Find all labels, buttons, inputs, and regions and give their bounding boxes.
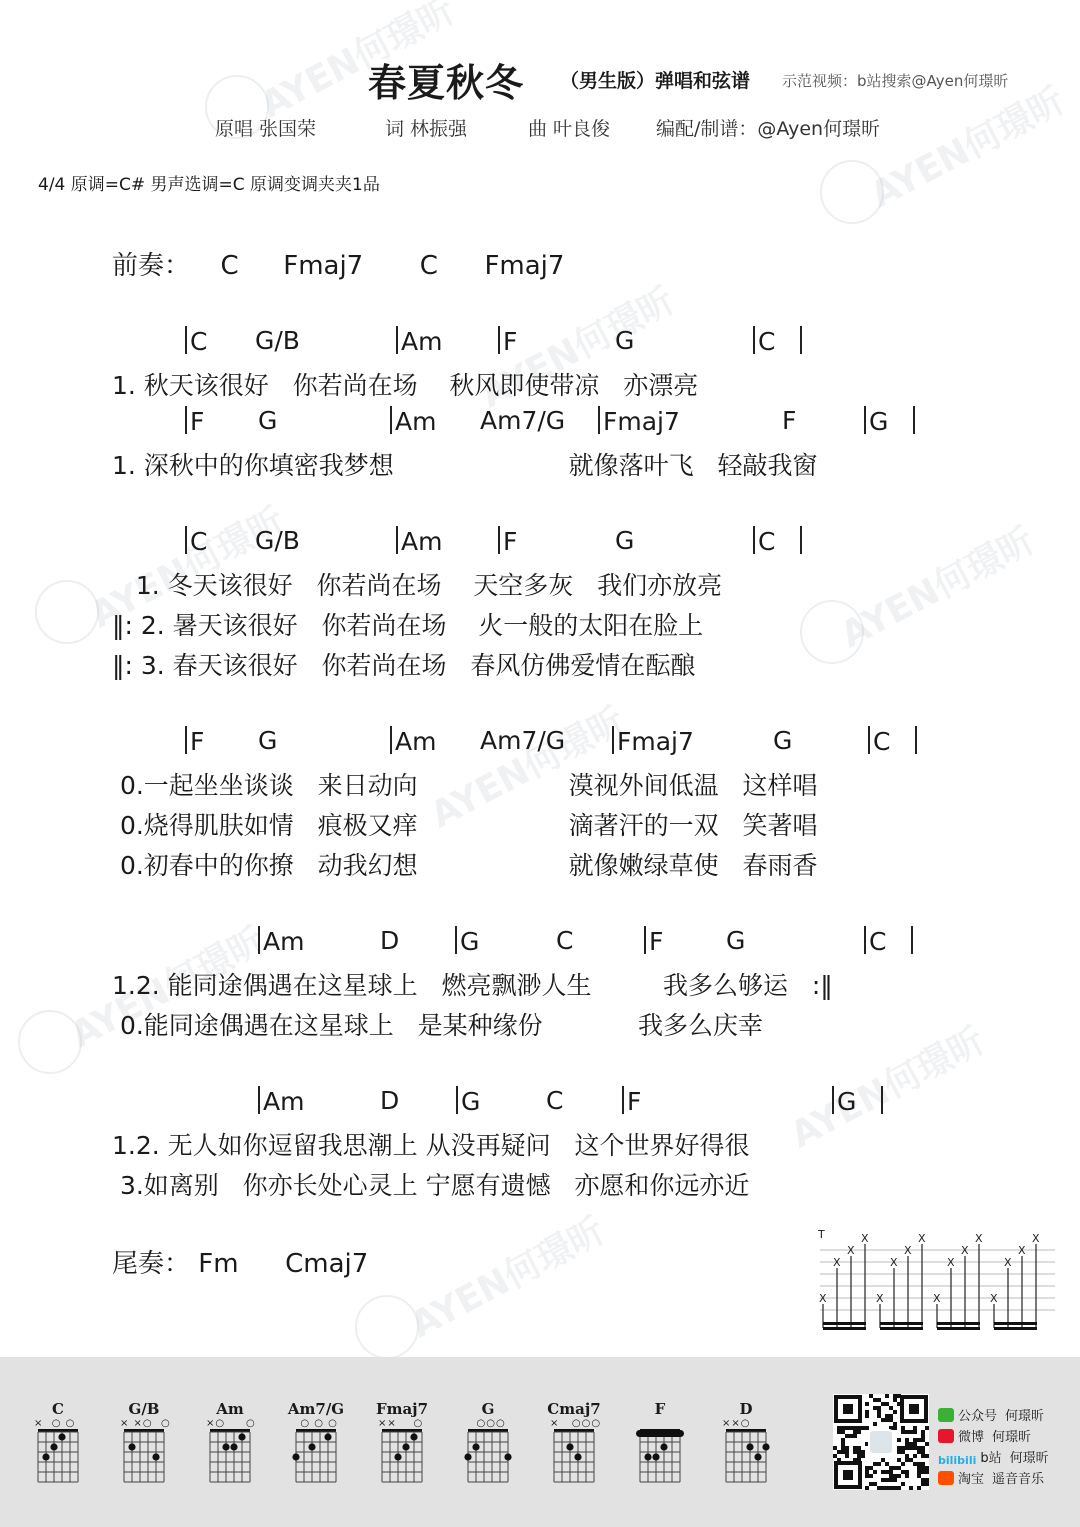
tab-note: X (918, 1232, 926, 1245)
watermark: AYEN何璟昕 (831, 513, 1043, 658)
chord-name: C (869, 927, 886, 956)
lyric-line: ‖: 2. 暑天该很好 你若尚在场 火一般的太阳在脸上 (112, 606, 703, 642)
chord-symbol: D (380, 926, 399, 955)
bar-line-end (913, 406, 915, 434)
bar-line (258, 1086, 260, 1114)
chord-name: G (460, 927, 479, 956)
chord-name: Am (401, 527, 442, 556)
chord-name: Am (263, 1087, 304, 1116)
chord-symbol: Fmaj7 (612, 726, 694, 756)
chord-symbol: G (773, 726, 792, 755)
chord-name: G (258, 726, 277, 755)
chord-name: Fmaj7 (617, 727, 694, 756)
fretboard-grid (544, 1400, 604, 1490)
fretboard-grid (286, 1400, 346, 1490)
chord-name: F (503, 527, 517, 556)
chord-name: D (380, 926, 399, 955)
outro-chord: Cmaj7 (285, 1249, 368, 1279)
bar-line (753, 326, 755, 354)
fretboard-grid (716, 1400, 776, 1490)
chord-name: F (627, 1087, 641, 1116)
intro: 前奏： C Fmaj7 C Fmaj7 (112, 245, 564, 282)
chord-symbol: C (753, 526, 802, 556)
chord-name: Fmaj7 (603, 407, 680, 436)
chord-name: C (190, 527, 207, 556)
tab-note: X (819, 1292, 827, 1305)
intro-label: 前奏： (112, 251, 190, 281)
chord-symbol: F (622, 1086, 641, 1116)
intro-chord: Fmaj7 (283, 251, 363, 281)
lyric-line: 0.能同途偶遇在这星球上 是某种缘份 我多么庆幸 (112, 1006, 763, 1042)
bar-line (258, 926, 260, 954)
lyric-line: 1. 深秋中的你填密我梦想 就像落叶飞 轻敲我窗 (112, 446, 817, 482)
social-platform: 公众号 (958, 1409, 997, 1424)
chord-name: C (556, 926, 573, 955)
bar-line-end (915, 726, 917, 754)
chord-symbol: G (455, 926, 479, 956)
chord-name: Am7/G (480, 726, 565, 755)
tab-staff: XXXXXXXXXXXXXXXX (810, 1228, 1060, 1338)
chord-symbol: F (185, 406, 204, 436)
bar-line (864, 926, 866, 954)
tab-note: X (847, 1244, 855, 1257)
bar-line (185, 406, 187, 434)
arranger: 编配/制谱：@Ayen何璟昕 (656, 114, 880, 141)
outro-chord: Fm (198, 1249, 238, 1279)
bilibili-icon: bilibili (938, 1454, 976, 1468)
bar-line (753, 526, 755, 554)
tab-note: X (1004, 1256, 1012, 1269)
fretboard-grid (28, 1400, 88, 1490)
song-subtitle: （男生版）弹唱和弦谱 (560, 66, 750, 93)
bar-line (868, 726, 870, 754)
tab-note: X (990, 1292, 998, 1305)
chord-name: C (758, 327, 775, 356)
chord-symbol: G (456, 1086, 480, 1116)
watermark: AYEN何璟昕 (401, 1203, 613, 1348)
chord-name: F (503, 327, 517, 356)
tab-note: X (933, 1292, 941, 1305)
chord-name: G/B (255, 326, 300, 355)
chord-symbol: D (380, 1086, 399, 1115)
social-platform: 淘宝 (958, 1472, 984, 1487)
chord-name: Am (263, 927, 304, 956)
lyricist: 词 林振强 (385, 114, 467, 141)
chord-symbol: C (753, 326, 802, 356)
intro-chord: C (420, 251, 438, 281)
chord-symbol: C (864, 926, 913, 956)
chord-symbol: Am (396, 526, 442, 556)
chord-name: Am (401, 327, 442, 356)
chord-name: C (190, 327, 207, 356)
chord-symbol: C (868, 726, 917, 756)
bar-line-end (881, 1086, 883, 1114)
bar-line (644, 926, 646, 954)
lyric-line: 1. 冬天该很好 你若尚在场 天空多灰 我们亦放亮 (112, 566, 722, 602)
lyric-line: 0.初春中的你撩 动我幻想 就像嫩绿草使 春雨香 (112, 846, 817, 882)
fretboard-grid (200, 1400, 260, 1490)
chord-name: G (837, 1087, 856, 1116)
chord-symbol: Am (396, 326, 442, 356)
chord-symbol: Am (258, 926, 304, 956)
chord-name: G (726, 926, 745, 955)
bar-line-end (800, 526, 802, 554)
chord-symbol: G (615, 526, 634, 555)
bar-line (185, 526, 187, 554)
social-wechat[interactable]: 公众号何璟昕 (938, 1405, 1044, 1424)
bar-line (832, 1086, 834, 1114)
chord-symbol: F (498, 526, 517, 556)
chord-name: F (649, 927, 663, 956)
social-account: 何璟昕 (1005, 1409, 1044, 1424)
watermark: AYEN何璟昕 (861, 73, 1073, 218)
lyric-line: 0.一起坐坐谈谈 来日动向 漠视外间低温 这样唱 (112, 766, 817, 802)
watermark: AYEN何璟昕 (781, 1013, 993, 1158)
chord-name: F (782, 406, 796, 435)
lyric-line: 1. 秋天该很好 你若尚在场 秋风即使带凉 亦漂亮 (112, 366, 698, 402)
chord-name: G (258, 406, 277, 435)
bar-line (598, 406, 600, 434)
chord-symbol: C (185, 526, 207, 556)
chord-symbol: C (556, 926, 573, 955)
chord-name: F (190, 727, 204, 756)
chord-symbol: Fmaj7 (598, 406, 680, 436)
bar-line (185, 326, 187, 354)
chord-symbol: G/B (255, 326, 300, 355)
tab-note: X (961, 1244, 969, 1257)
bar-line (396, 526, 398, 554)
tab-note: X (1018, 1244, 1026, 1257)
chord-symbol: F (498, 326, 517, 356)
chord-symbol: F (644, 926, 663, 956)
fretboard-grid (372, 1400, 432, 1490)
chord-symbol: G/B (255, 526, 300, 555)
bar-line (864, 406, 866, 434)
chord-name: D (380, 1086, 399, 1115)
bar-line (456, 1086, 458, 1114)
chord-name: G (869, 407, 888, 436)
bar-line (498, 526, 500, 554)
social-account: 何璟昕 (992, 1430, 1031, 1445)
bar-line (390, 406, 392, 434)
tab-note: X (904, 1244, 912, 1257)
bar-line (622, 1086, 624, 1114)
chord-symbol: G (258, 726, 277, 755)
chord-name: Am (395, 407, 436, 436)
lyric-line: ‖: 3. 春天该很好 你若尚在场 春风仿佛爱情在酝酿 (112, 646, 695, 682)
chord-symbol: Am7/G (480, 406, 565, 435)
qr-code-icon (833, 1394, 929, 1490)
chord-name: C (758, 527, 775, 556)
social-platform: 微博 (958, 1430, 984, 1445)
strum-tab: T XXXXXXXXXXXXXXXX (810, 1228, 1060, 1338)
chord-name: C (873, 727, 890, 756)
bar-line (390, 726, 392, 754)
chord-symbol: G (832, 1086, 883, 1116)
chord-name: C (546, 1086, 563, 1115)
intro-chord: C (221, 251, 239, 281)
chord-symbol: F (185, 726, 204, 756)
chord-symbol: Am (258, 1086, 304, 1116)
tab-note: X (1032, 1232, 1040, 1245)
chord-name: Am (395, 727, 436, 756)
chord-name: F (190, 407, 204, 436)
chord-name: G (615, 526, 634, 555)
wechat-icon (938, 1408, 954, 1422)
social-account: 何璟昕 (1010, 1451, 1049, 1466)
chord-name: G (773, 726, 792, 755)
social-weibo[interactable]: 微博何璟昕 (938, 1426, 1031, 1445)
chord-name: Am7/G (480, 406, 565, 435)
lyric-line: 1.2. 无人如你逗留我思潮上 从没再疑问 这个世界好得很 (112, 1126, 749, 1162)
bar-line (396, 326, 398, 354)
social-account: 遥音音乐 (992, 1472, 1044, 1487)
outro: 尾奏： Fm Cmaj7 (112, 1243, 368, 1280)
bar-line-end (911, 926, 913, 954)
fretboard-grid (114, 1400, 174, 1490)
tab-note: X (947, 1256, 955, 1269)
social-platform: b站 (980, 1451, 1001, 1466)
tab-note: X (876, 1292, 884, 1305)
bar-line (455, 926, 457, 954)
composer: 曲 叶良俊 (528, 114, 610, 141)
social-bilibili[interactable]: bilibilib站何璟昕 (938, 1447, 1049, 1468)
tab-note: X (890, 1256, 898, 1269)
lyric-line: 0.烧得肌肤如情 痕极又痒 滴著汗的一双 笑著唱 (112, 806, 817, 842)
chord-symbol: Am (390, 726, 436, 756)
lyric-line: 1.2. 能同途偶遇在这星球上 燃亮飘渺人生 我多么够运 :‖ (112, 966, 833, 1002)
tab-note: X (833, 1256, 841, 1269)
chord-name: G (461, 1087, 480, 1116)
social-taobao[interactable]: 淘宝遥音音乐 (938, 1468, 1044, 1487)
chord-symbol: F (782, 406, 796, 435)
chord-symbol: Am7/G (480, 726, 565, 755)
original-singer: 原唱 张国荣 (215, 114, 316, 141)
bar-line-end (800, 326, 802, 354)
lyric-line: 3.如离别 你亦长处心灵上 宁愿有遗憾 亦愿和你远亦近 (112, 1166, 749, 1202)
demo-video-note: 示范视频：b站搜索@Ayen何璟昕 (782, 70, 1008, 91)
chord-symbol: G (726, 926, 745, 955)
fretboard-grid (630, 1400, 690, 1490)
intro-chord: Fmaj7 (484, 251, 564, 281)
chord-symbol: G (615, 326, 634, 355)
song-title: 春夏秋冬 (368, 52, 524, 107)
qr-code[interactable] (833, 1394, 929, 1490)
chord-name: G/B (255, 526, 300, 555)
tab-note: X (975, 1232, 983, 1245)
tab-note: X (861, 1232, 869, 1245)
chord-symbol: Am (390, 406, 436, 436)
taobao-icon (938, 1471, 954, 1485)
chord-name: G (615, 326, 634, 355)
chord-symbol: C (546, 1086, 563, 1115)
weibo-icon (938, 1429, 954, 1443)
key-meta: 4/4 原调=C# 男声选调=C 原调变调夹夹1品 (38, 170, 380, 195)
bar-line (612, 726, 614, 754)
bar-line (185, 726, 187, 754)
fretboard-grid (458, 1400, 518, 1490)
bar-line (498, 326, 500, 354)
chord-symbol: C (185, 326, 207, 356)
outro-label: 尾奏： (112, 1249, 190, 1279)
chord-symbol: G (864, 406, 915, 436)
chord-symbol: G (258, 406, 277, 435)
